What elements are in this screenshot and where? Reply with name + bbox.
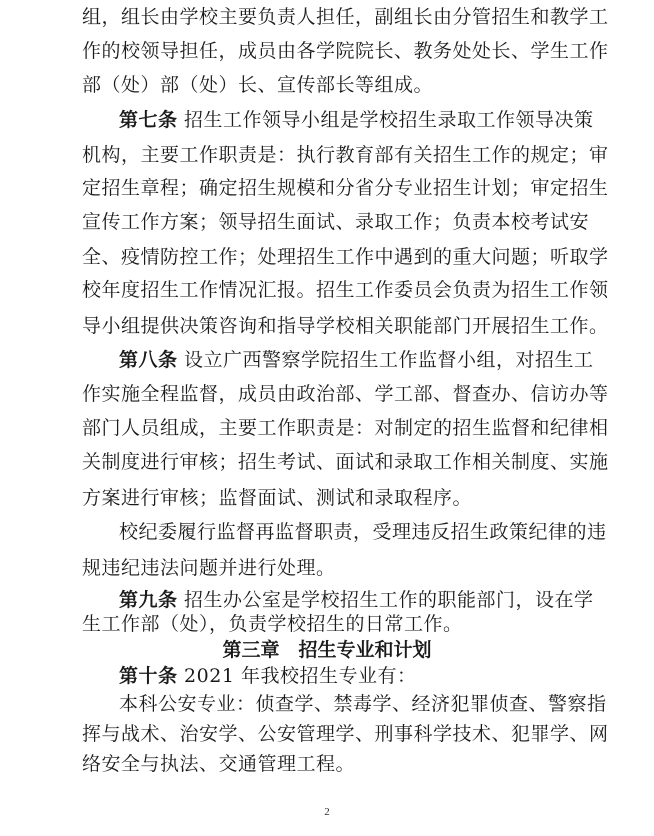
chapter-heading: 第三章 招生专业和计划 — [0, 638, 654, 662]
paragraph-line: 方案进行审核；监督面试、测试和录取程序。 — [82, 486, 574, 510]
paragraph-line: 规违纪违法问题并进行处理。 — [82, 556, 574, 580]
article-text: 招生办公室是学校招生工作的职能部门，设在学 — [178, 589, 594, 611]
article-9-line: 第九条 招生办公室是学校招生工作的职能部门，设在学 — [119, 588, 574, 612]
paragraph-line: 挥与战术、治安学、公安管理学、刑事科学技术、犯罪学、网 — [82, 722, 574, 746]
article-text: 招生工作领导小组是学校招生录取工作领导决策 — [178, 109, 594, 131]
paragraph-line: 导小组提供决策咨询和指导学校相关职能部门开展招生工作。 — [82, 314, 574, 338]
article-8-line: 第八条 设立广西警察学院招生工作监督小组，对招生工 — [119, 348, 574, 372]
paragraph-line: 宣传工作方案；领导招生面试、录取工作；负责本校考试安 — [82, 210, 574, 234]
paragraph-line: 部（处）部（处）长、宣传部长等组成。 — [82, 73, 574, 97]
article-label: 第十条 — [119, 665, 178, 687]
article-10-line: 第十条 2021 年我校招生专业有： — [119, 664, 574, 688]
article-label: 第七条 — [119, 109, 178, 131]
paragraph-line: 定招生章程；确定招生规模和分省分专业招生计划；审定招生 — [82, 176, 574, 200]
paragraph-line: 关制度进行审核；招生考试、面试和录取工作相关制度、实施 — [82, 450, 574, 474]
paragraph-line: 校年度招生工作情况汇报。招生工作委员会负责为招生工作领 — [82, 278, 574, 302]
paragraph-line: 机构，主要工作职责是：执行教育部有关招生工作的规定；审 — [82, 143, 574, 167]
paragraph-line: 组，组长由学校主要负责人担任，副组长由分管招生和教学工 — [82, 5, 574, 29]
paragraph-line: 作的校领导担任，成员由各学院院长、教务处处长、学生工作 — [82, 39, 574, 63]
paragraph-line: 校纪委履行监督再监督职责，受理违反招生政策纪律的违 — [119, 520, 574, 544]
article-text: 设立广西警察学院招生工作监督小组，对招生工 — [178, 349, 594, 371]
paragraph-line: 本科公安专业：侦查学、禁毒学、经济犯罪侦查、警察指 — [119, 692, 574, 716]
page-number: 2 — [0, 806, 654, 818]
article-text: 2021 年我校招生专业有： — [178, 665, 417, 687]
paragraph-line: 生工作部（处），负责学校招生的日常工作。 — [82, 612, 574, 636]
paragraph-line: 全、疫情防控工作；处理招生工作中遇到的重大问题；听取学 — [82, 245, 574, 269]
paragraph-line: 作实施全程监督，成员由政治部、学工部、督查办、信访办等 — [82, 382, 574, 406]
article-7-line: 第七条 招生工作领导小组是学校招生录取工作领导决策 — [119, 108, 574, 132]
article-label: 第八条 — [119, 349, 178, 371]
article-label: 第九条 — [119, 589, 178, 611]
paragraph-line: 络安全与执法、交通管理工程。 — [82, 752, 574, 776]
paragraph-line: 部门人员组成，主要工作职责是：对制定的招生监督和纪律相 — [82, 416, 574, 440]
